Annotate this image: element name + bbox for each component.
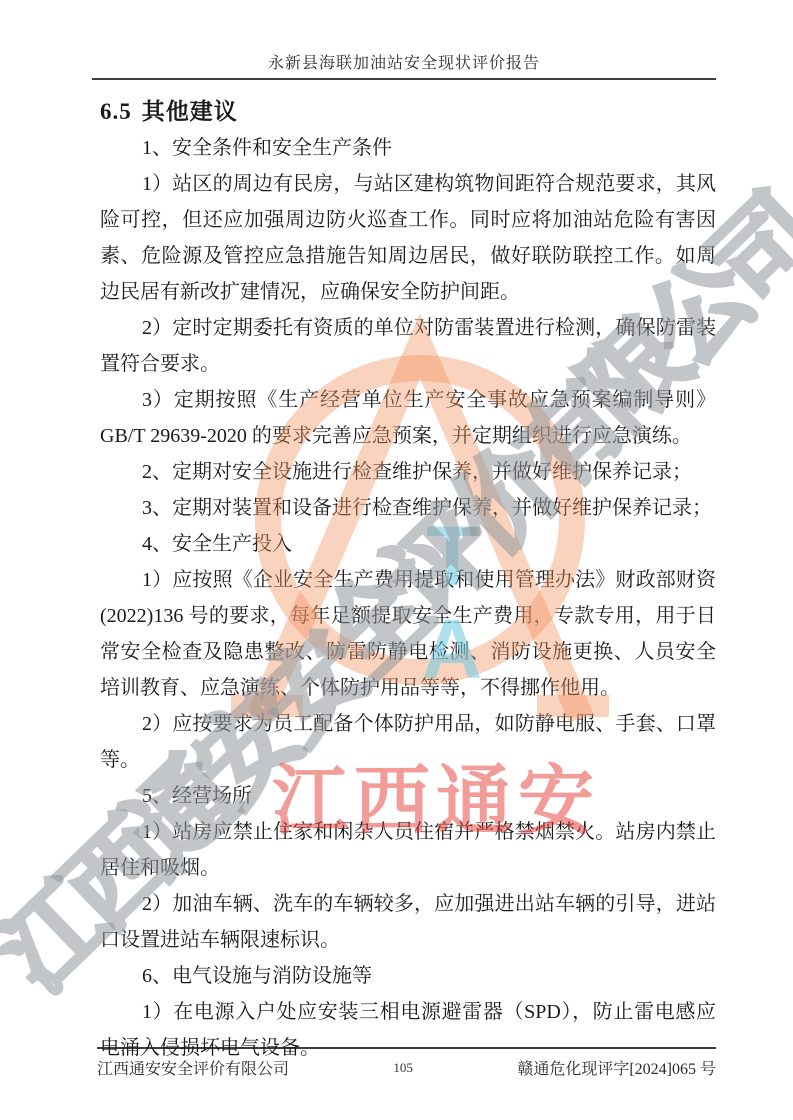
paragraph: 2、定期对安全设施进行检查维护保养，并做好维护保养记录；: [100, 454, 716, 490]
paragraph: 1）在电源入户处应安装三相电源避雷器（SPD），防止雷电感应电涌入侵损坏电气设备…: [100, 994, 716, 1066]
paragraph: 3）定期按照《生产经营单位生产安全事故应急预案编制导则》GB/T 29639-2…: [100, 382, 716, 454]
paragraph: 1）站区的周边有民房，与站区建构筑物间距符合规范要求，其风险可控，但还应加强周边…: [100, 166, 716, 310]
paragraph: 1、安全条件和安全生产条件: [100, 130, 716, 166]
header-rule: [92, 78, 716, 80]
paragraph: 2）应按要求为员工配备个体防护用品，如防静电服、手套、口罩等。: [100, 706, 716, 778]
page-header-title: 永新县海联加油站安全现状评价报告: [92, 50, 716, 73]
section-number: 6.5: [100, 99, 132, 124]
paragraph: 4、安全生产投入: [100, 526, 716, 562]
report-page: 永新县海联加油站安全现状评价报告 6.5其他建议 1、安全条件和安全生产条件1）…: [0, 0, 793, 1120]
paragraph: 5、经营场所: [100, 778, 716, 814]
paragraph-list: 1、安全条件和安全生产条件1）站区的周边有民房，与站区建构筑物间距符合规范要求，…: [100, 130, 716, 1066]
paragraph: 1）站房应禁止住家和闲杂人员住宿并严格禁烟禁火。站房内禁止居住和吸烟。: [100, 814, 716, 886]
document-body: 6.5其他建议 1、安全条件和安全生产条件1）站区的周边有民房，与站区建构筑物间…: [100, 94, 716, 1066]
section-title-text: 其他建议: [142, 99, 238, 124]
paragraph: 1）应按照《企业安全生产费用提取和使用管理办法》财政部财资(2022)136 号…: [100, 562, 716, 706]
paragraph: 2）定时定期委托有资质的单位对防雷装置进行检测，确保防雷装置符合要求。: [100, 310, 716, 382]
paragraph: 2）加油车辆、洗车的车辆较多，应加强进出站车辆的引导，进站口设置进站车辆限速标识…: [100, 886, 716, 958]
paragraph: 3、定期对装置和设备进行检查维护保养，并做好维护保养记录；: [100, 490, 716, 526]
section-title: 6.5其他建议: [100, 94, 716, 130]
paragraph: 6、电气设施与消防设施等: [100, 958, 716, 994]
